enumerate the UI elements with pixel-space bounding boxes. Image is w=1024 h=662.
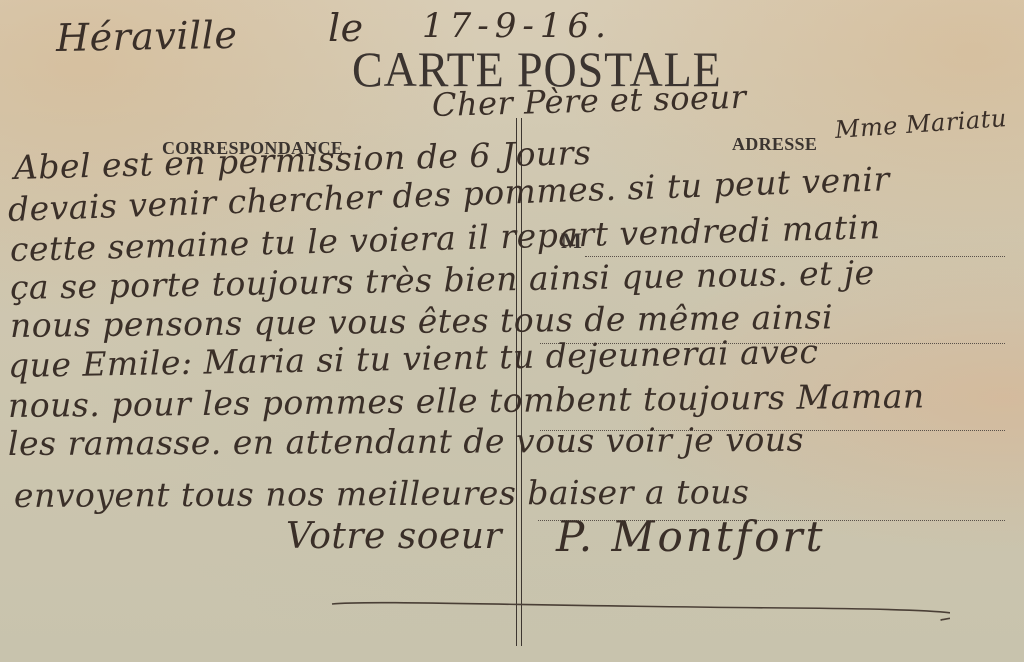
postcard: CARTE POSTALE CORRESPONDANCE ADRESSE M H…	[0, 0, 1024, 662]
address-label: ADRESSE	[732, 134, 817, 155]
salutation: Cher Père et soeur	[432, 78, 747, 124]
place-name: Héraville	[56, 13, 238, 60]
closing: Votre soeur	[286, 516, 502, 557]
margin-note: Mme Mariatu	[834, 104, 1008, 144]
body-line-9: envoyent tous nos meilleures baiser a to…	[14, 472, 750, 515]
body-line-8: les ramasse. en attendant de vous voir j…	[8, 420, 804, 463]
date: 17-9-16.	[422, 6, 612, 46]
signature-flourish	[330, 598, 950, 622]
signature: P. Montfort	[556, 512, 825, 561]
date-prefix: le	[328, 6, 364, 50]
body-line-7: nous. pour les pommes elle tombent toujo…	[8, 376, 925, 425]
